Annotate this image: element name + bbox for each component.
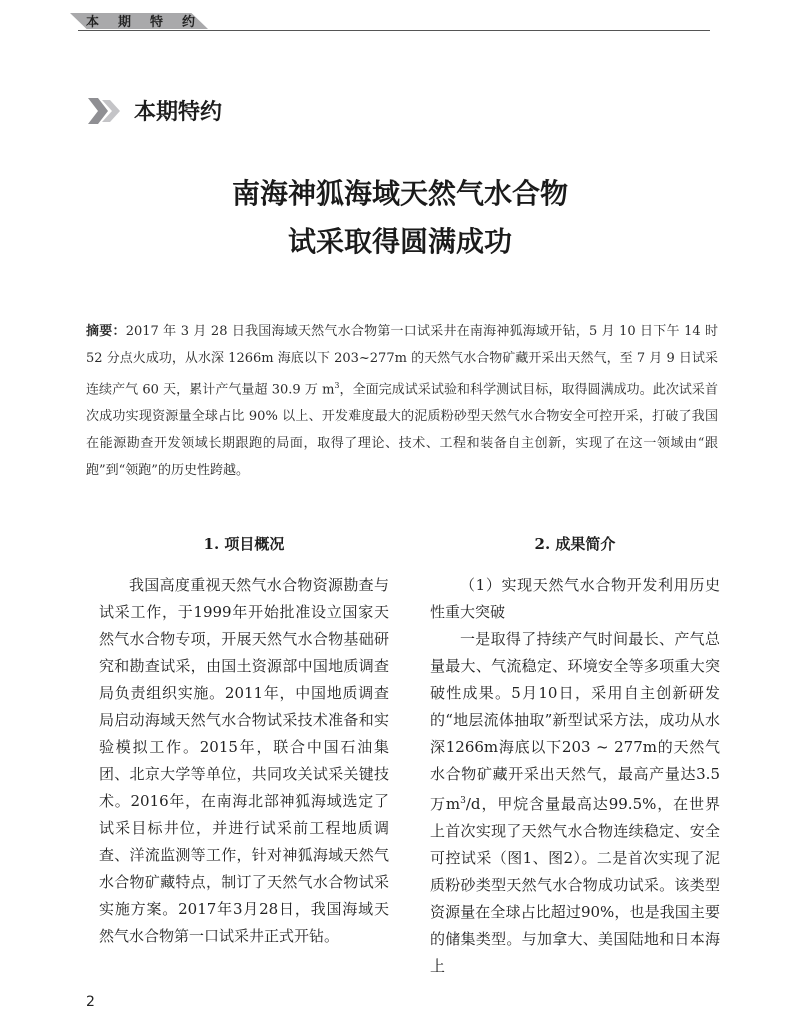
results-text-1: 一是取得了持续产气时间最长、产气总量最大、气流稳定、环境安全等多项重大突破性成果… — [430, 630, 720, 813]
column-right: 2. 成果简介 （1）实现天然气水合物开发利用历史性重大突破 一是取得了持续产气… — [430, 532, 720, 980]
abstract: 摘要：2017 年 3 月 28 日我国海域天然气水合物第一口试采井在南海神狐海… — [86, 318, 718, 484]
header-rule — [78, 30, 710, 31]
title-line-1: 南海神狐海域天然气水合物 — [0, 170, 800, 218]
section-label-text: 本期特约 — [134, 95, 222, 126]
overview-paragraph: 我国高度重视天然气水合物资源勘查与试采工作，于1999年开始批准设立国家天然气水… — [99, 572, 389, 950]
running-header: 本期特约 — [70, 10, 710, 32]
title-line-2: 试采取得圆满成功 — [0, 218, 800, 266]
results-subheading: （1）实现天然气水合物开发利用历史性重大突破 — [430, 572, 720, 626]
results-text-2: /d，甲烷含量最高达99.5%，在世界上首次实现了天然气水合物连续稳定、安全可控… — [430, 795, 720, 975]
section-label: 本期特约 — [86, 95, 222, 126]
abstract-label: 摘要： — [86, 324, 126, 339]
results-paragraph: 一是取得了持续产气时间最长、产气总量最大、气流稳定、环境安全等多项重大突破性成果… — [430, 626, 720, 980]
column-left: 1. 项目概况 我国高度重视天然气水合物资源勘查与试采工作，于1999年开始批准… — [99, 532, 389, 950]
section-heading-results: 2. 成果简介 — [430, 532, 720, 556]
article-title: 南海神狐海域天然气水合物 试采取得圆满成功 — [0, 170, 800, 266]
page-number: 2 — [86, 994, 95, 1010]
section-heading-overview: 1. 项目概况 — [99, 532, 389, 556]
running-title: 本期特约 — [86, 11, 214, 30]
double-chevron-icon — [86, 96, 126, 126]
